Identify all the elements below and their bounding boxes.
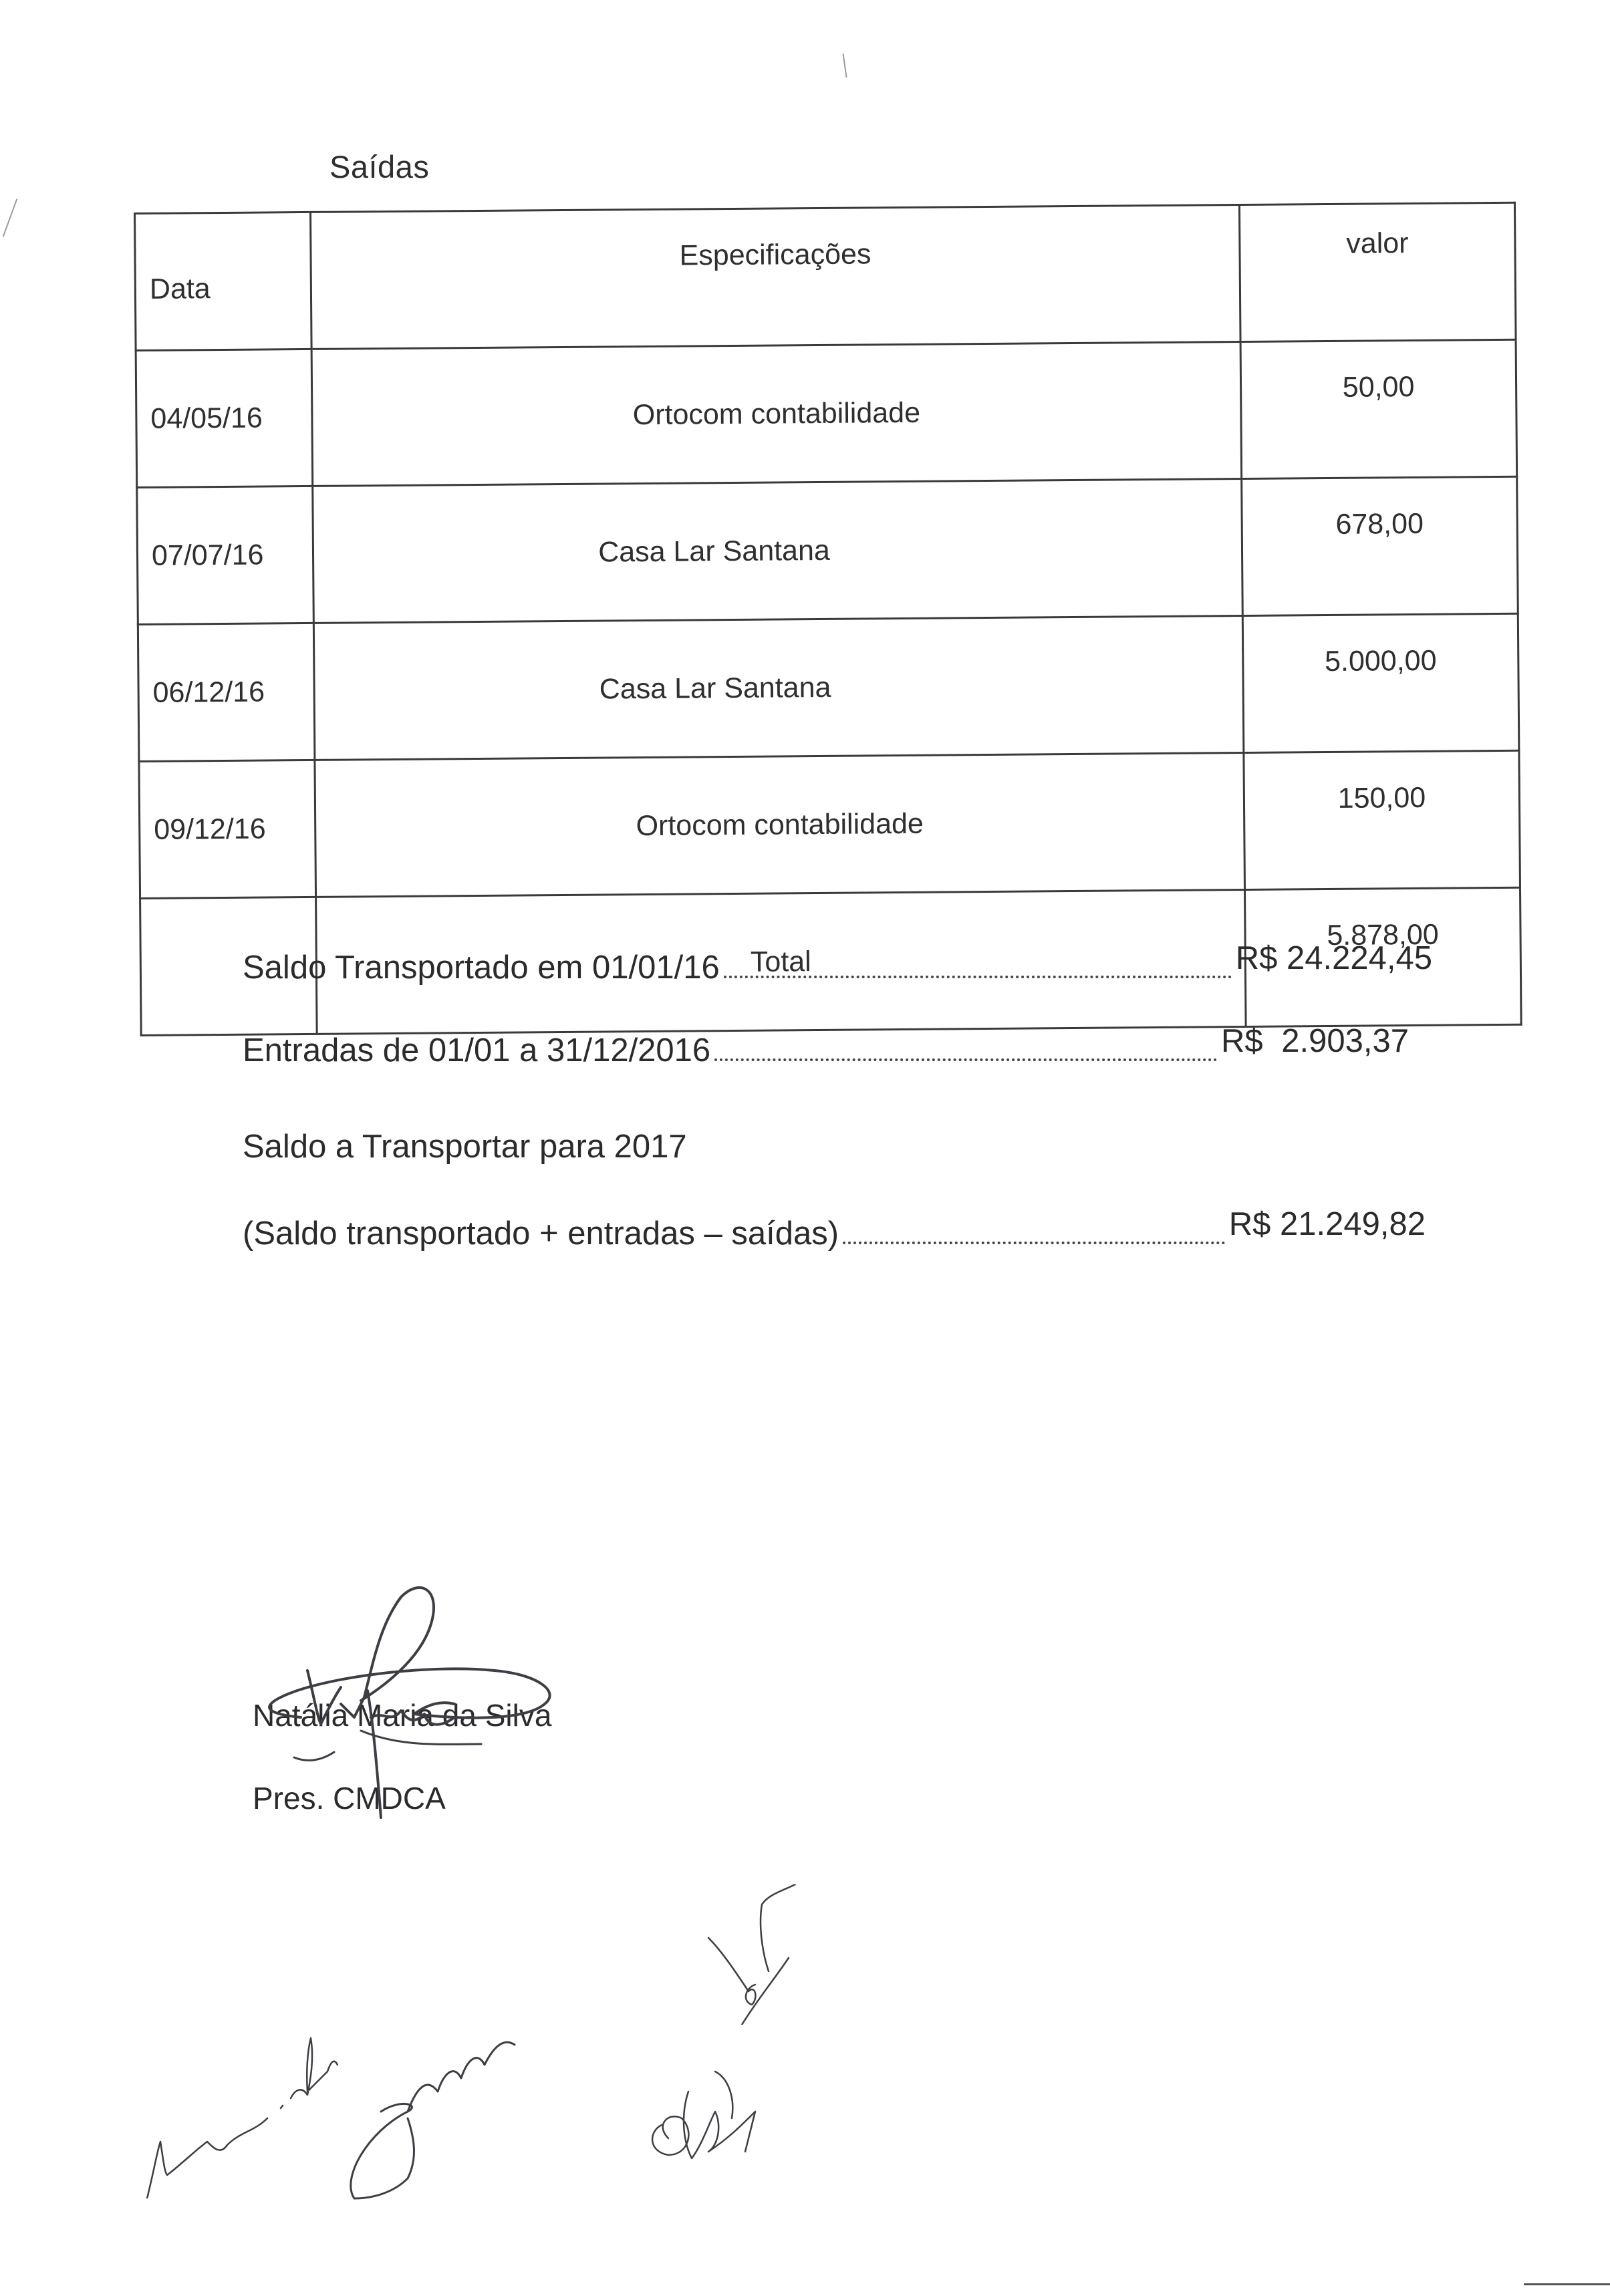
handwritten-signature-witness-2 xyxy=(334,1978,601,2205)
row-specification: Casa Lar Santana xyxy=(313,615,1244,760)
handwritten-signature-witness-1 xyxy=(140,1998,421,2198)
dot-leader xyxy=(843,1239,1225,1244)
row-date: 04/05/16 xyxy=(136,349,313,487)
row-specification: Casa Lar Santana xyxy=(313,478,1243,623)
handwritten-signature-witness-3 xyxy=(695,1884,829,2025)
summary-line-opening-balance: Saldo Transportado em 01/01/16 R$ 24.224… xyxy=(243,949,1432,986)
dot-leader xyxy=(714,1056,1217,1061)
summary-value: R$ 2.903,37 xyxy=(1221,1022,1409,1060)
row-date: 09/12/16 xyxy=(139,760,316,898)
table-row: 07/07/16 Casa Lar Santana 678,00 xyxy=(137,476,1518,624)
row-value: 5.000,00 xyxy=(1242,613,1519,752)
row-specification: Ortocom contabilidade xyxy=(315,752,1245,897)
row-date: 07/07/16 xyxy=(137,486,314,624)
table-row: 09/12/16 Ortocom contabilidade 150,00 xyxy=(139,750,1520,898)
column-header-specification: Especificações xyxy=(311,205,1241,349)
summary-line-income: Entradas de 01/01 a 31/12/2016 R$ 2.903,… xyxy=(243,1032,1409,1069)
signer-role: Pres. CMDCA xyxy=(253,1780,446,1816)
scan-artifact-mark xyxy=(1524,2283,1610,2285)
row-value: 50,00 xyxy=(1240,339,1517,478)
dot-leader xyxy=(724,973,1232,978)
scanned-document-page: Saídas Data Especificações valor 04/05/1… xyxy=(0,0,1610,2296)
summary-value: R$ 24.224,45 xyxy=(1236,940,1432,977)
row-value: 150,00 xyxy=(1244,750,1520,889)
scan-artifact-mark xyxy=(843,53,847,78)
table-row: 04/05/16 Ortocom contabilidade 50,00 xyxy=(136,339,1517,487)
summary-line-closing-balance: (Saldo transportado + entradas – saídas)… xyxy=(243,1215,1426,1252)
column-header-value: valor xyxy=(1239,202,1516,341)
column-header-date: Data xyxy=(135,212,312,350)
scan-artifact-mark xyxy=(3,198,17,237)
row-date: 06/12/16 xyxy=(138,623,315,761)
row-specification: Ortocom contabilidade xyxy=(311,341,1242,486)
table-header-row: Data Especificações valor xyxy=(135,202,1516,350)
handwritten-signature-witness-4 xyxy=(635,2051,795,2185)
summary-label: Entradas de 01/01 a 31/12/2016 xyxy=(243,1032,710,1069)
summary-label: (Saldo transportado + entradas – saídas) xyxy=(243,1215,839,1252)
expenses-table: Data Especificações valor 04/05/16 Ortoc… xyxy=(134,202,1519,859)
signer-name: Natália Maria da Silva xyxy=(253,1697,551,1733)
summary-value: R$ 21.249,82 xyxy=(1229,1205,1426,1243)
row-value: 678,00 xyxy=(1242,476,1518,615)
summary-line-balance-heading: Saldo a Transportar para 2017 xyxy=(243,1128,1432,1165)
summary-label: Saldo Transportado em 01/01/16 xyxy=(243,949,720,986)
summary-label: Saldo a Transportar para 2017 xyxy=(243,1128,687,1165)
table-row: 06/12/16 Casa Lar Santana 5.000,00 xyxy=(138,613,1519,761)
section-title: Saídas xyxy=(329,148,429,185)
